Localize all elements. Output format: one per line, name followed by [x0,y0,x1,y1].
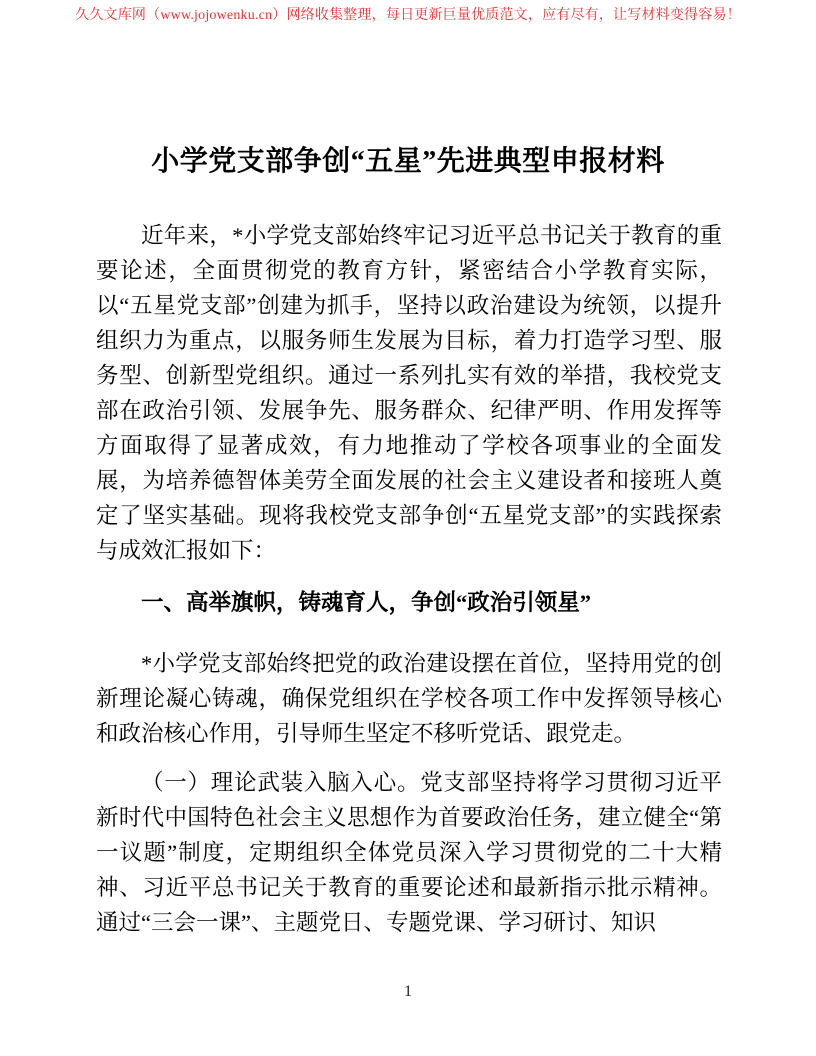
document-title: 小学党支部争创“五星”先进典型申报材料 [0,144,816,180]
document-page: 久久文库网（www.jojowenku.cn）网络收集整理，每日更新巨量优质范文… [0,0,816,1056]
section-heading-1: 一、高举旗帜，铸魂育人，争创“政治引领星” [96,585,722,620]
site-watermark-header: 久久文库网（www.jojowenku.cn）网络收集整理，每日更新巨量优质范文… [0,7,816,25]
paragraph-intro: 近年来，*小学党支部始终牢记习近平总书记关于教育的重要论述，全面贯彻党的教育方针… [96,218,722,568]
paragraph-section1-intro: *小学党支部始终把党的政治建设摆在首位，坚持用党的创新理论凝心铸魂，确保党组织在… [96,646,722,751]
document-body: 近年来，*小学党支部始终牢记习近平总书记关于教育的重要论述，全面贯彻党的教育方针… [96,218,722,940]
paragraph-section1-point1: （一）理论武装入脑入心。党支部坚持将学习贯彻习近平新时代中国特色社会主义思想作为… [96,765,722,940]
page-number: 1 [0,983,816,1001]
